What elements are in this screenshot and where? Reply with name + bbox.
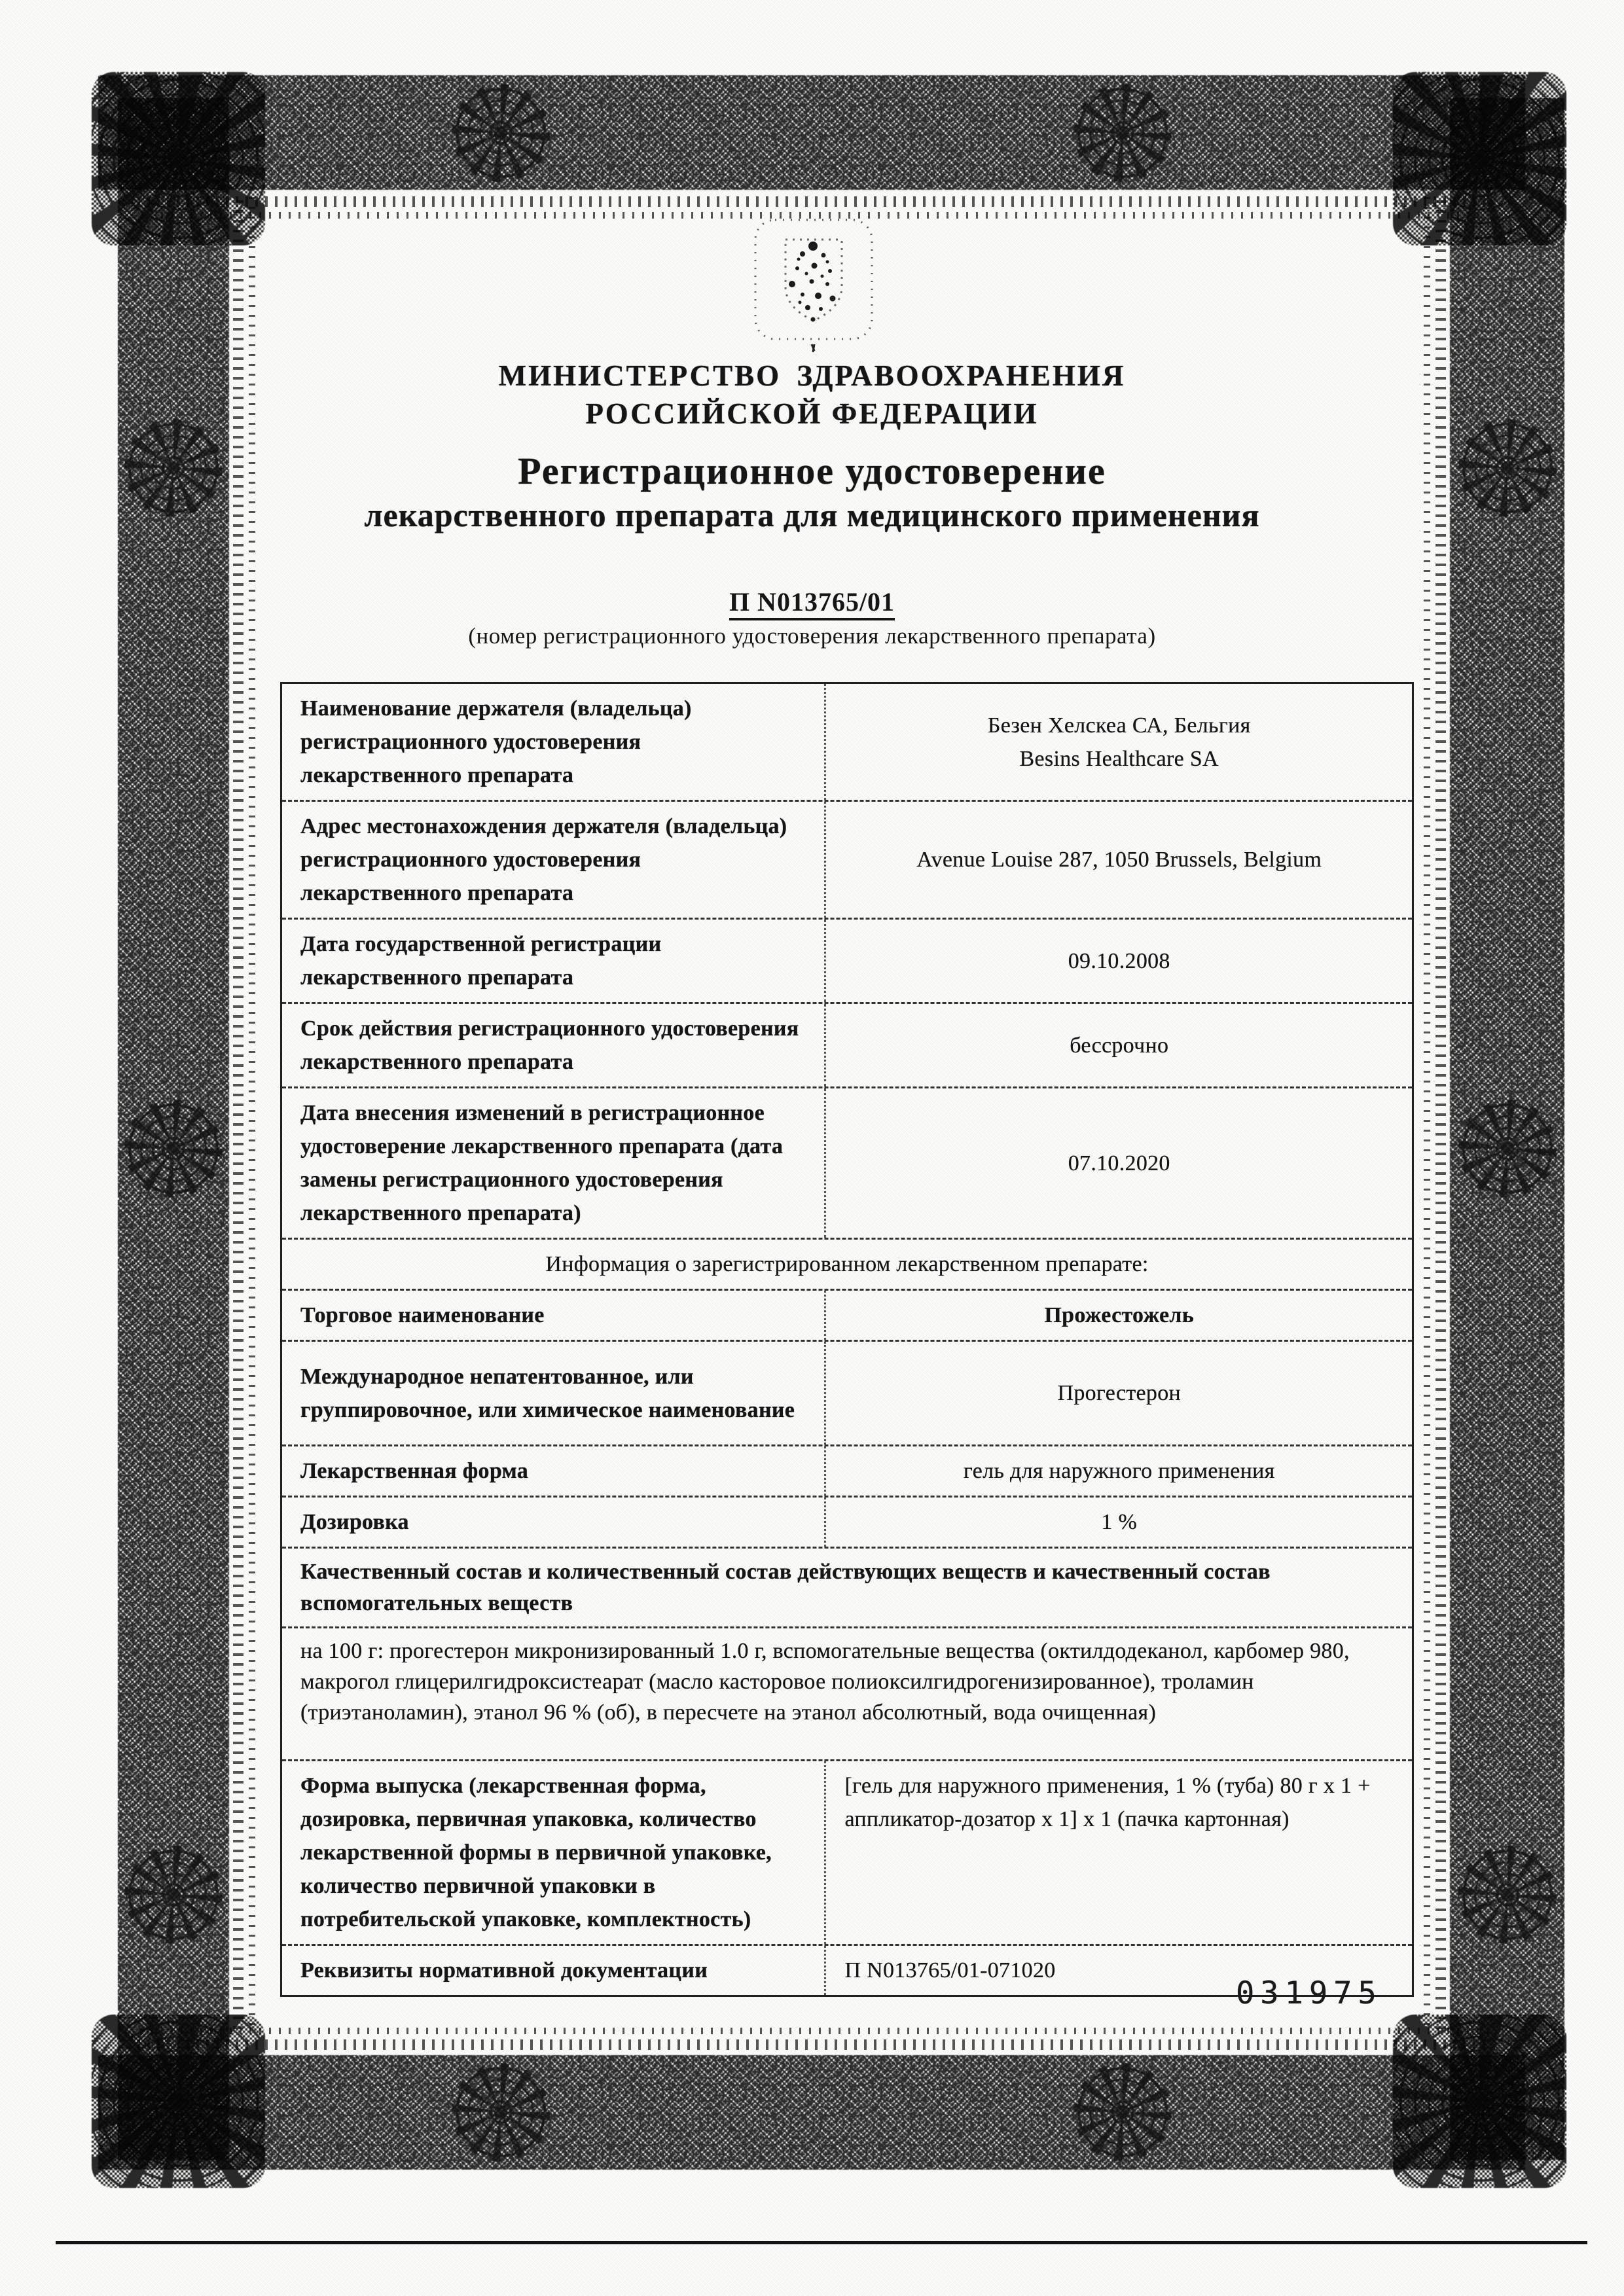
row-label: Лекарственная форма bbox=[282, 1446, 824, 1496]
certificate-page: МИНИСТЕРСТВО ЗДРАВООХРАНЕНИЯ РОССИЙСКОЙ … bbox=[0, 0, 1624, 2296]
registration-number-caption: (номер регистрационного удостоверения ле… bbox=[0, 623, 1624, 649]
row-value: Прожестожель bbox=[824, 1291, 1412, 1340]
table-row: Лекарственная формагель для наружного пр… bbox=[282, 1444, 1412, 1496]
edge-medallion-icon bbox=[124, 1846, 223, 1944]
registration-number: П N013765/01 bbox=[0, 586, 1624, 617]
scan-artifact-line bbox=[56, 2241, 1587, 2244]
corner-rosette-icon bbox=[1393, 2015, 1566, 2188]
table-row: Дозировка1 % bbox=[282, 1496, 1412, 1547]
edge-medallion-icon bbox=[124, 1100, 223, 1198]
row-label: Срок действия регистрационного удостовер… bbox=[282, 1004, 824, 1086]
edge-medallion-icon bbox=[1074, 2063, 1172, 2161]
ministry-name-line1: МИНИСТЕРСТВО ЗДРАВООХРАНЕНИЯ bbox=[0, 359, 1624, 393]
table-row: Форма выпуска (лекарственная форма, дози… bbox=[282, 1759, 1412, 1944]
edge-medallion-icon bbox=[452, 84, 550, 182]
row-text: Качественный состав и количественный сос… bbox=[282, 1549, 1412, 1626]
row-label: Международное непатентованное, или групп… bbox=[282, 1342, 824, 1444]
table-row: Международное непатентованное, или групп… bbox=[282, 1340, 1412, 1444]
table-row: Качественный состав и количественный сос… bbox=[282, 1547, 1412, 1626]
row-label: Торговое наименование bbox=[282, 1291, 824, 1340]
row-value: 1 % bbox=[824, 1498, 1412, 1547]
row-value: бессрочно bbox=[824, 1004, 1412, 1086]
row-text: на 100 г: прогестерон микронизированный … bbox=[282, 1628, 1412, 1759]
row-label: Дата государственной регистрации лекарст… bbox=[282, 920, 824, 1002]
document-title-line2: лекарственного препарата для медицинског… bbox=[0, 496, 1624, 534]
row-value: Безен Хелскеа СА, Бельгия Besins Healthc… bbox=[824, 684, 1412, 800]
corner-rosette-icon bbox=[1393, 72, 1566, 245]
row-value: 09.10.2008 bbox=[824, 920, 1412, 1002]
row-label: Адрес местонахождения держателя (владель… bbox=[282, 802, 824, 918]
edge-medallion-icon bbox=[1074, 84, 1172, 182]
row-label: Наименование держателя (владельца) регис… bbox=[282, 684, 824, 800]
table-row: Наименование держателя (владельца) регис… bbox=[282, 684, 1412, 800]
table-row: на 100 г: прогестерон микронизированный … bbox=[282, 1626, 1412, 1759]
table-row: Адрес местонахождения держателя (владель… bbox=[282, 800, 1412, 918]
row-value: Avenue Louise 287, 1050 Brussels, Belgiu… bbox=[824, 802, 1412, 918]
edge-medallion-icon bbox=[1458, 1846, 1557, 1944]
row-label: Дата внесения изменений в регистрационно… bbox=[282, 1088, 824, 1238]
row-label: Дозировка bbox=[282, 1498, 824, 1547]
edge-medallion-icon bbox=[452, 2063, 550, 2161]
table-row: Информация о зарегистрированном лекарств… bbox=[282, 1238, 1412, 1289]
row-value: [гель для наружного применения, 1 % (туб… bbox=[824, 1761, 1412, 1944]
border-edge-bottom bbox=[98, 2055, 1525, 2170]
border-fringe bbox=[137, 2028, 1486, 2050]
document-title-line1: Регистрационное удостоверение bbox=[0, 449, 1624, 493]
table-row: Торговое наименованиеПрожестожель bbox=[282, 1289, 1412, 1340]
ministry-name-line2: РОССИЙСКОЙ ФЕДЕРАЦИИ bbox=[0, 397, 1624, 431]
row-text: Информация о зарегистрированном лекарств… bbox=[282, 1240, 1412, 1289]
border-fringe bbox=[137, 196, 1486, 219]
registration-table: Наименование держателя (владельца) регис… bbox=[280, 682, 1414, 1997]
corner-rosette-icon bbox=[92, 2015, 265, 2188]
border-edge-top bbox=[98, 75, 1525, 190]
table-row: Дата государственной регистрации лекарст… bbox=[282, 918, 1412, 1002]
edge-medallion-icon bbox=[1458, 1100, 1557, 1198]
serial-number: 031975 bbox=[1236, 1975, 1382, 2011]
row-label: Форма выпуска (лекарственная форма, дози… bbox=[282, 1761, 824, 1944]
table-row: Срок действия регистрационного удостовер… bbox=[282, 1002, 1412, 1086]
row-label: Реквизиты нормативной документации bbox=[282, 1946, 824, 1995]
coat-of-arms-icon bbox=[734, 216, 892, 363]
row-value: гель для наружного применения bbox=[824, 1446, 1412, 1496]
corner-rosette-icon bbox=[92, 72, 265, 245]
row-value: 07.10.2020 bbox=[824, 1088, 1412, 1238]
row-value: Прогестерон bbox=[824, 1342, 1412, 1444]
table-row: Дата внесения изменений в регистрационно… bbox=[282, 1086, 1412, 1238]
